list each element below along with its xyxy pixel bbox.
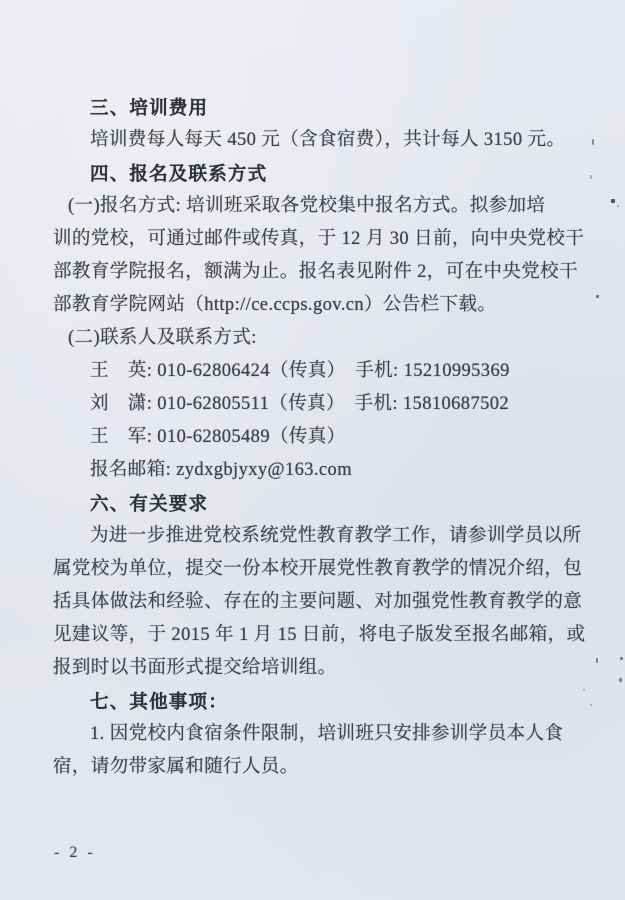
text-line: 报到时以书面形式提交给培训组。	[53, 652, 581, 685]
scan-speck	[619, 678, 622, 682]
text-line: 见建议等，于 2015 年 1 月 15 日前，将电子版发至报名邮箱，或	[53, 619, 581, 652]
text-line: 1. 因党校内食宿条件限制，培训班只安排参训学员本人食	[53, 718, 581, 751]
page-number: - 2 -	[54, 844, 96, 862]
text-line: (一)报名方式: 培训班采取各党校集中报名方式。拟参加培	[53, 190, 581, 223]
scan-speck	[596, 658, 598, 663]
text-line: 报名邮箱: zydxgbjyxy@163.com	[53, 454, 581, 487]
scanned-document-page: 三、培训费用培训费每人每天 450 元（含食宿费），共计每人 3150 元。四、…	[0, 0, 625, 900]
scan-speck	[590, 175, 592, 179]
text-line: 部教育学院报名，额满为止。报名表见附件 2，可在中央党校干	[53, 256, 581, 289]
scan-speck	[596, 295, 599, 298]
scan-speck	[617, 205, 619, 207]
scan-speck	[583, 689, 585, 691]
text-line: 王 英: 010-62806424（传真） 手机: 15210995369	[53, 355, 581, 388]
scan-speck	[590, 704, 592, 706]
text-line: 为进一步推进党校系统党性教育教学工作，请参训学员以所	[53, 520, 581, 553]
section-heading: 六、有关要求	[53, 487, 581, 520]
document-text: 三、培训费用培训费每人每天 450 元（含食宿费），共计每人 3150 元。四、…	[53, 91, 581, 784]
section-heading: 四、报名及联系方式	[53, 157, 581, 190]
section-heading: 七、其他事项：	[53, 685, 581, 718]
text-line: 部教育学院网站（http://ce.ccps.gov.cn）公告栏下载。	[53, 289, 581, 322]
scan-speck	[620, 657, 623, 660]
text-line: 宿，请勿带家属和随行人员。	[53, 751, 581, 784]
text-line: 训的党校，可通过邮件或传真，于 12 月 30 日前，向中央党校干	[53, 223, 581, 256]
text-line: (二)联系人及联系方式:	[53, 322, 581, 355]
text-line: 括具体做法和经验、存在的主要问题、对加强党性教育教学的意	[53, 586, 581, 619]
text-line: 属党校为单位，提交一份本校开展党性教育教学的情况介绍，包	[53, 553, 581, 586]
text-line: 刘 潇: 010-62805511（传真） 手机: 15810687502	[53, 388, 581, 421]
text-line: 培训费每人每天 450 元（含食宿费），共计每人 3150 元。	[53, 124, 581, 157]
scan-speck	[611, 199, 615, 203]
section-heading: 三、培训费用	[53, 91, 581, 124]
scan-speck	[592, 139, 594, 145]
text-line: 王 军: 010-62805489（传真）	[53, 421, 581, 454]
